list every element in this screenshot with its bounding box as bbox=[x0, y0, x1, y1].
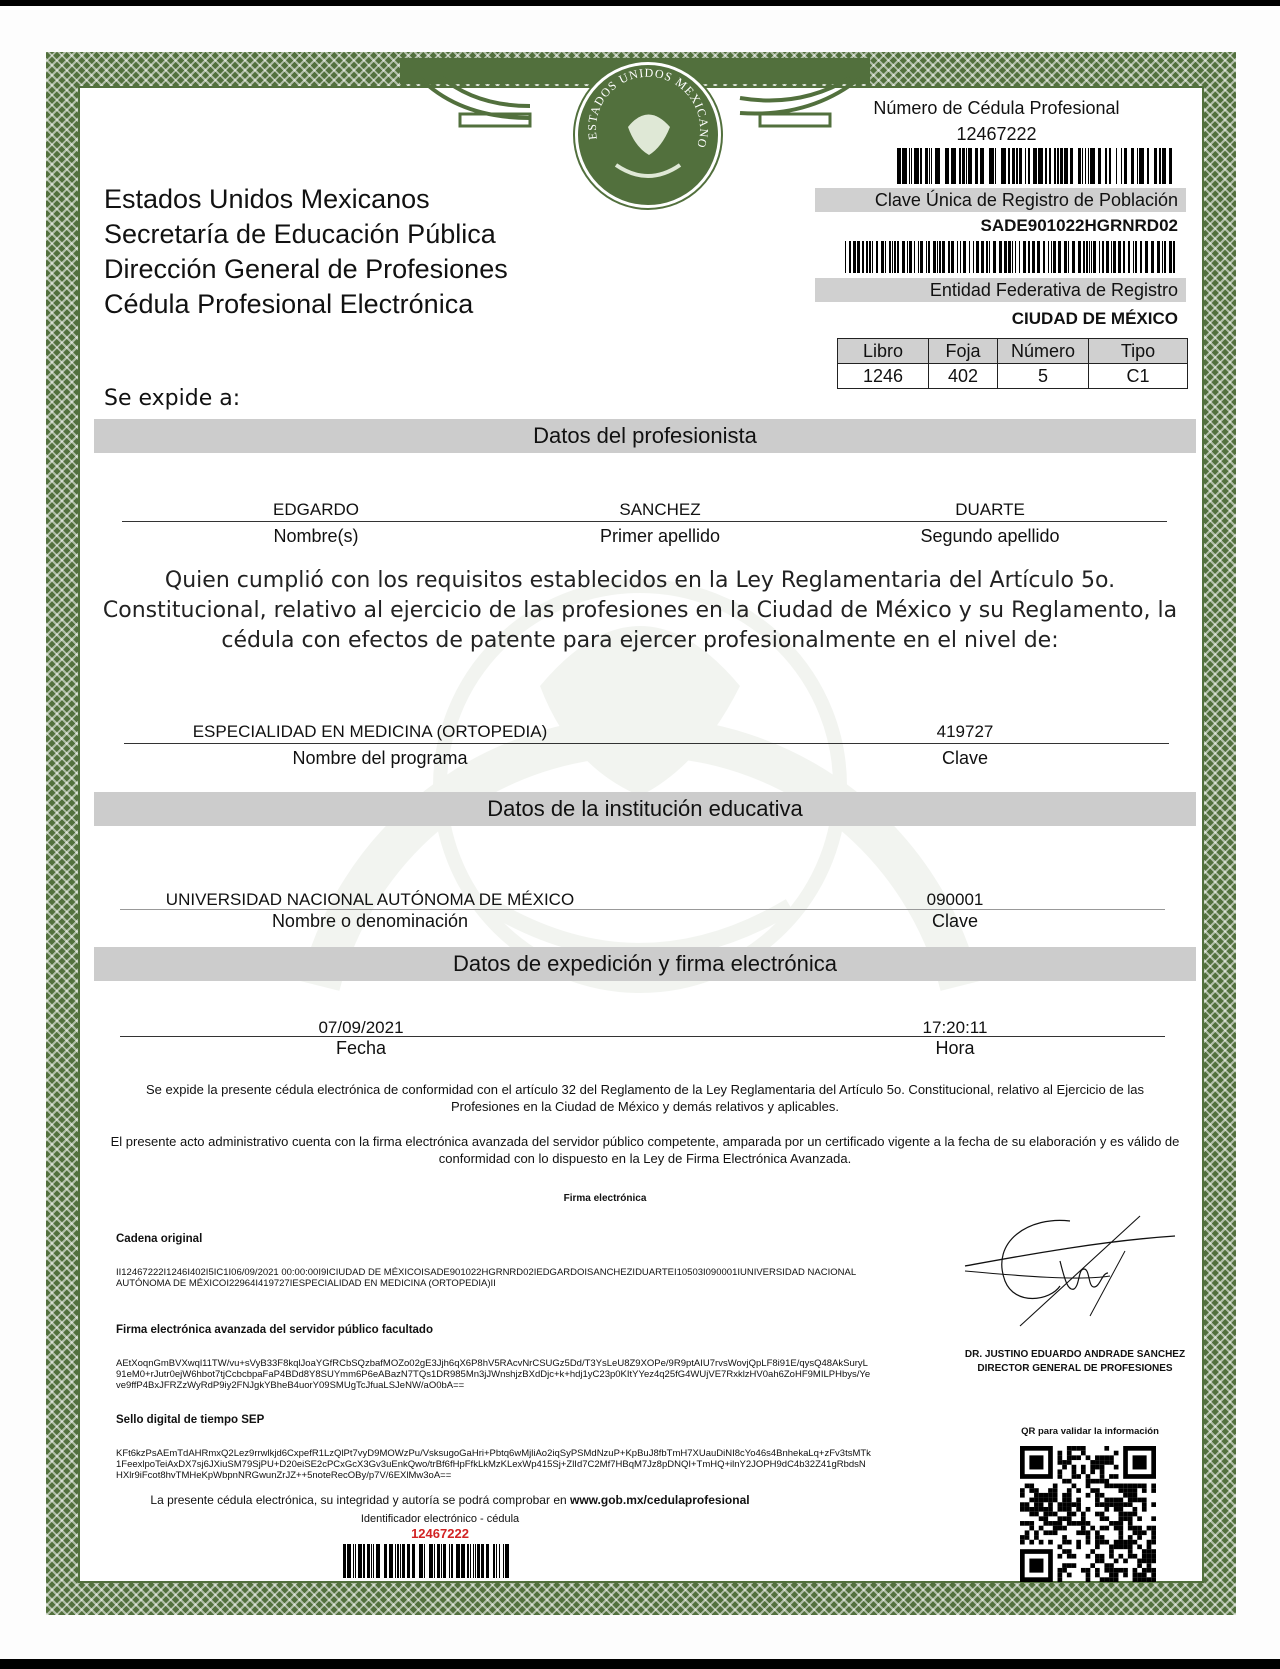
program-name: ESPECIALIDAD EN MEDICINA (ORTOPEDIA) bbox=[160, 722, 580, 742]
cadena-text: II12467222I1246I402I5IC1I06/09/2021 00:0… bbox=[116, 1267, 856, 1289]
issue-date-label: Fecha bbox=[286, 1038, 436, 1059]
last-name-2-label: Segundo apellido bbox=[890, 526, 1090, 547]
program-code: 419727 bbox=[890, 722, 1040, 742]
issuance-rule bbox=[120, 1036, 1165, 1037]
first-name: EDGARDO bbox=[216, 500, 416, 520]
libro-value: 1246 bbox=[838, 364, 929, 389]
issue-date: 07/09/2021 bbox=[286, 1018, 436, 1038]
legal-paragraph-2: El presente acto administrativo cuenta c… bbox=[110, 1133, 1180, 1167]
firma-text: AEtXoqnGmBVXwql11TW/vu+sVyB33F8kqlJoaYGf… bbox=[116, 1358, 870, 1391]
signer-title: DIRECTOR GENERAL DE PROFESIONES bbox=[955, 1362, 1195, 1376]
verify-line: La presente cédula electrónica, su integ… bbox=[110, 1493, 790, 1507]
header-directorate: Dirección General de Profesiones bbox=[104, 254, 508, 285]
cadena-original-block: Cadena original II12467222I1246I402I5IC1… bbox=[116, 1212, 856, 1311]
registry-table: Libro Foja Número Tipo 1246 402 5 C1 bbox=[837, 338, 1188, 389]
header-document-type: Cédula Profesional Electrónica bbox=[104, 289, 473, 320]
names-rule bbox=[122, 521, 1167, 522]
requirements-statement: Quien cumplió con los requisitos estable… bbox=[90, 566, 1190, 656]
cedula-number-label: Número de Cédula Profesional bbox=[815, 98, 1178, 119]
curp-value: SADE901022HGRNRD02 bbox=[815, 216, 1178, 236]
entity-label: Entidad Federativa de Registro bbox=[815, 278, 1186, 302]
id-barcode bbox=[343, 1544, 511, 1578]
firma-heading: Firma electrónica bbox=[500, 1193, 710, 1204]
entity-value: CIUDAD DE MÉXICO bbox=[815, 309, 1178, 329]
legal-paragraph-1: Se expide la presente cédula electrónica… bbox=[110, 1081, 1180, 1115]
certificate-page: ESTADOS UNIDOS MEXICANOS Estados Unidos … bbox=[0, 6, 1280, 1659]
signer-name: DR. JUSTINO EDUARDO ANDRADE SANCHEZ bbox=[955, 1348, 1195, 1362]
sello-text: KFt6kzPsAEmTdAHRmxQ2Lez9rrwlkjd6CxpefR1L… bbox=[116, 1448, 871, 1481]
curp-label: Clave Única de Registro de Población bbox=[815, 188, 1186, 212]
program-code-label: Clave bbox=[890, 748, 1040, 769]
foja-value: 402 bbox=[929, 364, 998, 389]
issued-to-label: Se expide a: bbox=[104, 386, 240, 411]
section-institucion: Datos de la institución educativa bbox=[94, 792, 1196, 826]
cadena-title: Cadena original bbox=[116, 1234, 856, 1245]
last-name-1-label: Primer apellido bbox=[560, 526, 760, 547]
col-foja: Foja bbox=[929, 339, 998, 364]
verify-url-link[interactable]: www.gob.mx/cedulaprofesional bbox=[570, 1493, 750, 1507]
verify-text: La presente cédula electrónica, su integ… bbox=[150, 1493, 570, 1507]
col-libro: Libro bbox=[838, 339, 929, 364]
header-ministry: Secretaría de Educación Pública bbox=[104, 219, 496, 250]
curp-barcode bbox=[845, 241, 1177, 273]
institution-name-label: Nombre o denominación bbox=[190, 911, 550, 932]
institution-code: 090001 bbox=[880, 890, 1030, 910]
program-name-label: Nombre del programa bbox=[200, 748, 560, 769]
signer-block: DR. JUSTINO EDUARDO ANDRADE SANCHEZ DIRE… bbox=[955, 1348, 1195, 1376]
qr-label: QR para validar la información bbox=[1000, 1426, 1180, 1437]
institution-code-label: Clave bbox=[880, 911, 1030, 932]
program-rule bbox=[124, 743, 1169, 744]
numero-value: 5 bbox=[998, 364, 1089, 389]
sello-title: Sello digital de tiempo SEP bbox=[116, 1415, 871, 1426]
id-label: Identificador electrónico - cédula bbox=[300, 1513, 580, 1525]
firma-title: Firma electrónica avanzada del servidor … bbox=[116, 1325, 870, 1336]
issue-time: 17:20:11 bbox=[880, 1018, 1030, 1038]
col-numero: Número bbox=[998, 339, 1089, 364]
handwritten-signature-icon bbox=[960, 1211, 1180, 1331]
col-tipo: Tipo bbox=[1089, 339, 1188, 364]
sello-block: Sello digital de tiempo SEP KFt6kzPsAEmT… bbox=[116, 1393, 871, 1503]
section-expedicion: Datos de expedición y firma electrónica bbox=[94, 947, 1196, 981]
section-profesionista: Datos del profesionista bbox=[94, 419, 1196, 453]
tipo-value: C1 bbox=[1089, 364, 1188, 389]
institution-rule bbox=[120, 909, 1165, 910]
id-value: 12467222 bbox=[300, 1526, 580, 1541]
issue-time-label: Hora bbox=[880, 1038, 1030, 1059]
institution-name: UNIVERSIDAD NACIONAL AUTÓNOMA DE MÉXICO bbox=[140, 890, 600, 910]
validation-qr-code[interactable] bbox=[1020, 1446, 1156, 1582]
cedula-number: 12467222 bbox=[815, 124, 1178, 145]
first-name-label: Nombre(s) bbox=[216, 526, 416, 547]
last-name-2: DUARTE bbox=[890, 500, 1090, 520]
cedula-barcode bbox=[897, 148, 1177, 184]
national-seal-icon: ESTADOS UNIDOS MEXICANOS bbox=[575, 62, 721, 208]
last-name-1: SANCHEZ bbox=[560, 500, 760, 520]
header-country: Estados Unidos Mexicanos bbox=[104, 184, 430, 215]
